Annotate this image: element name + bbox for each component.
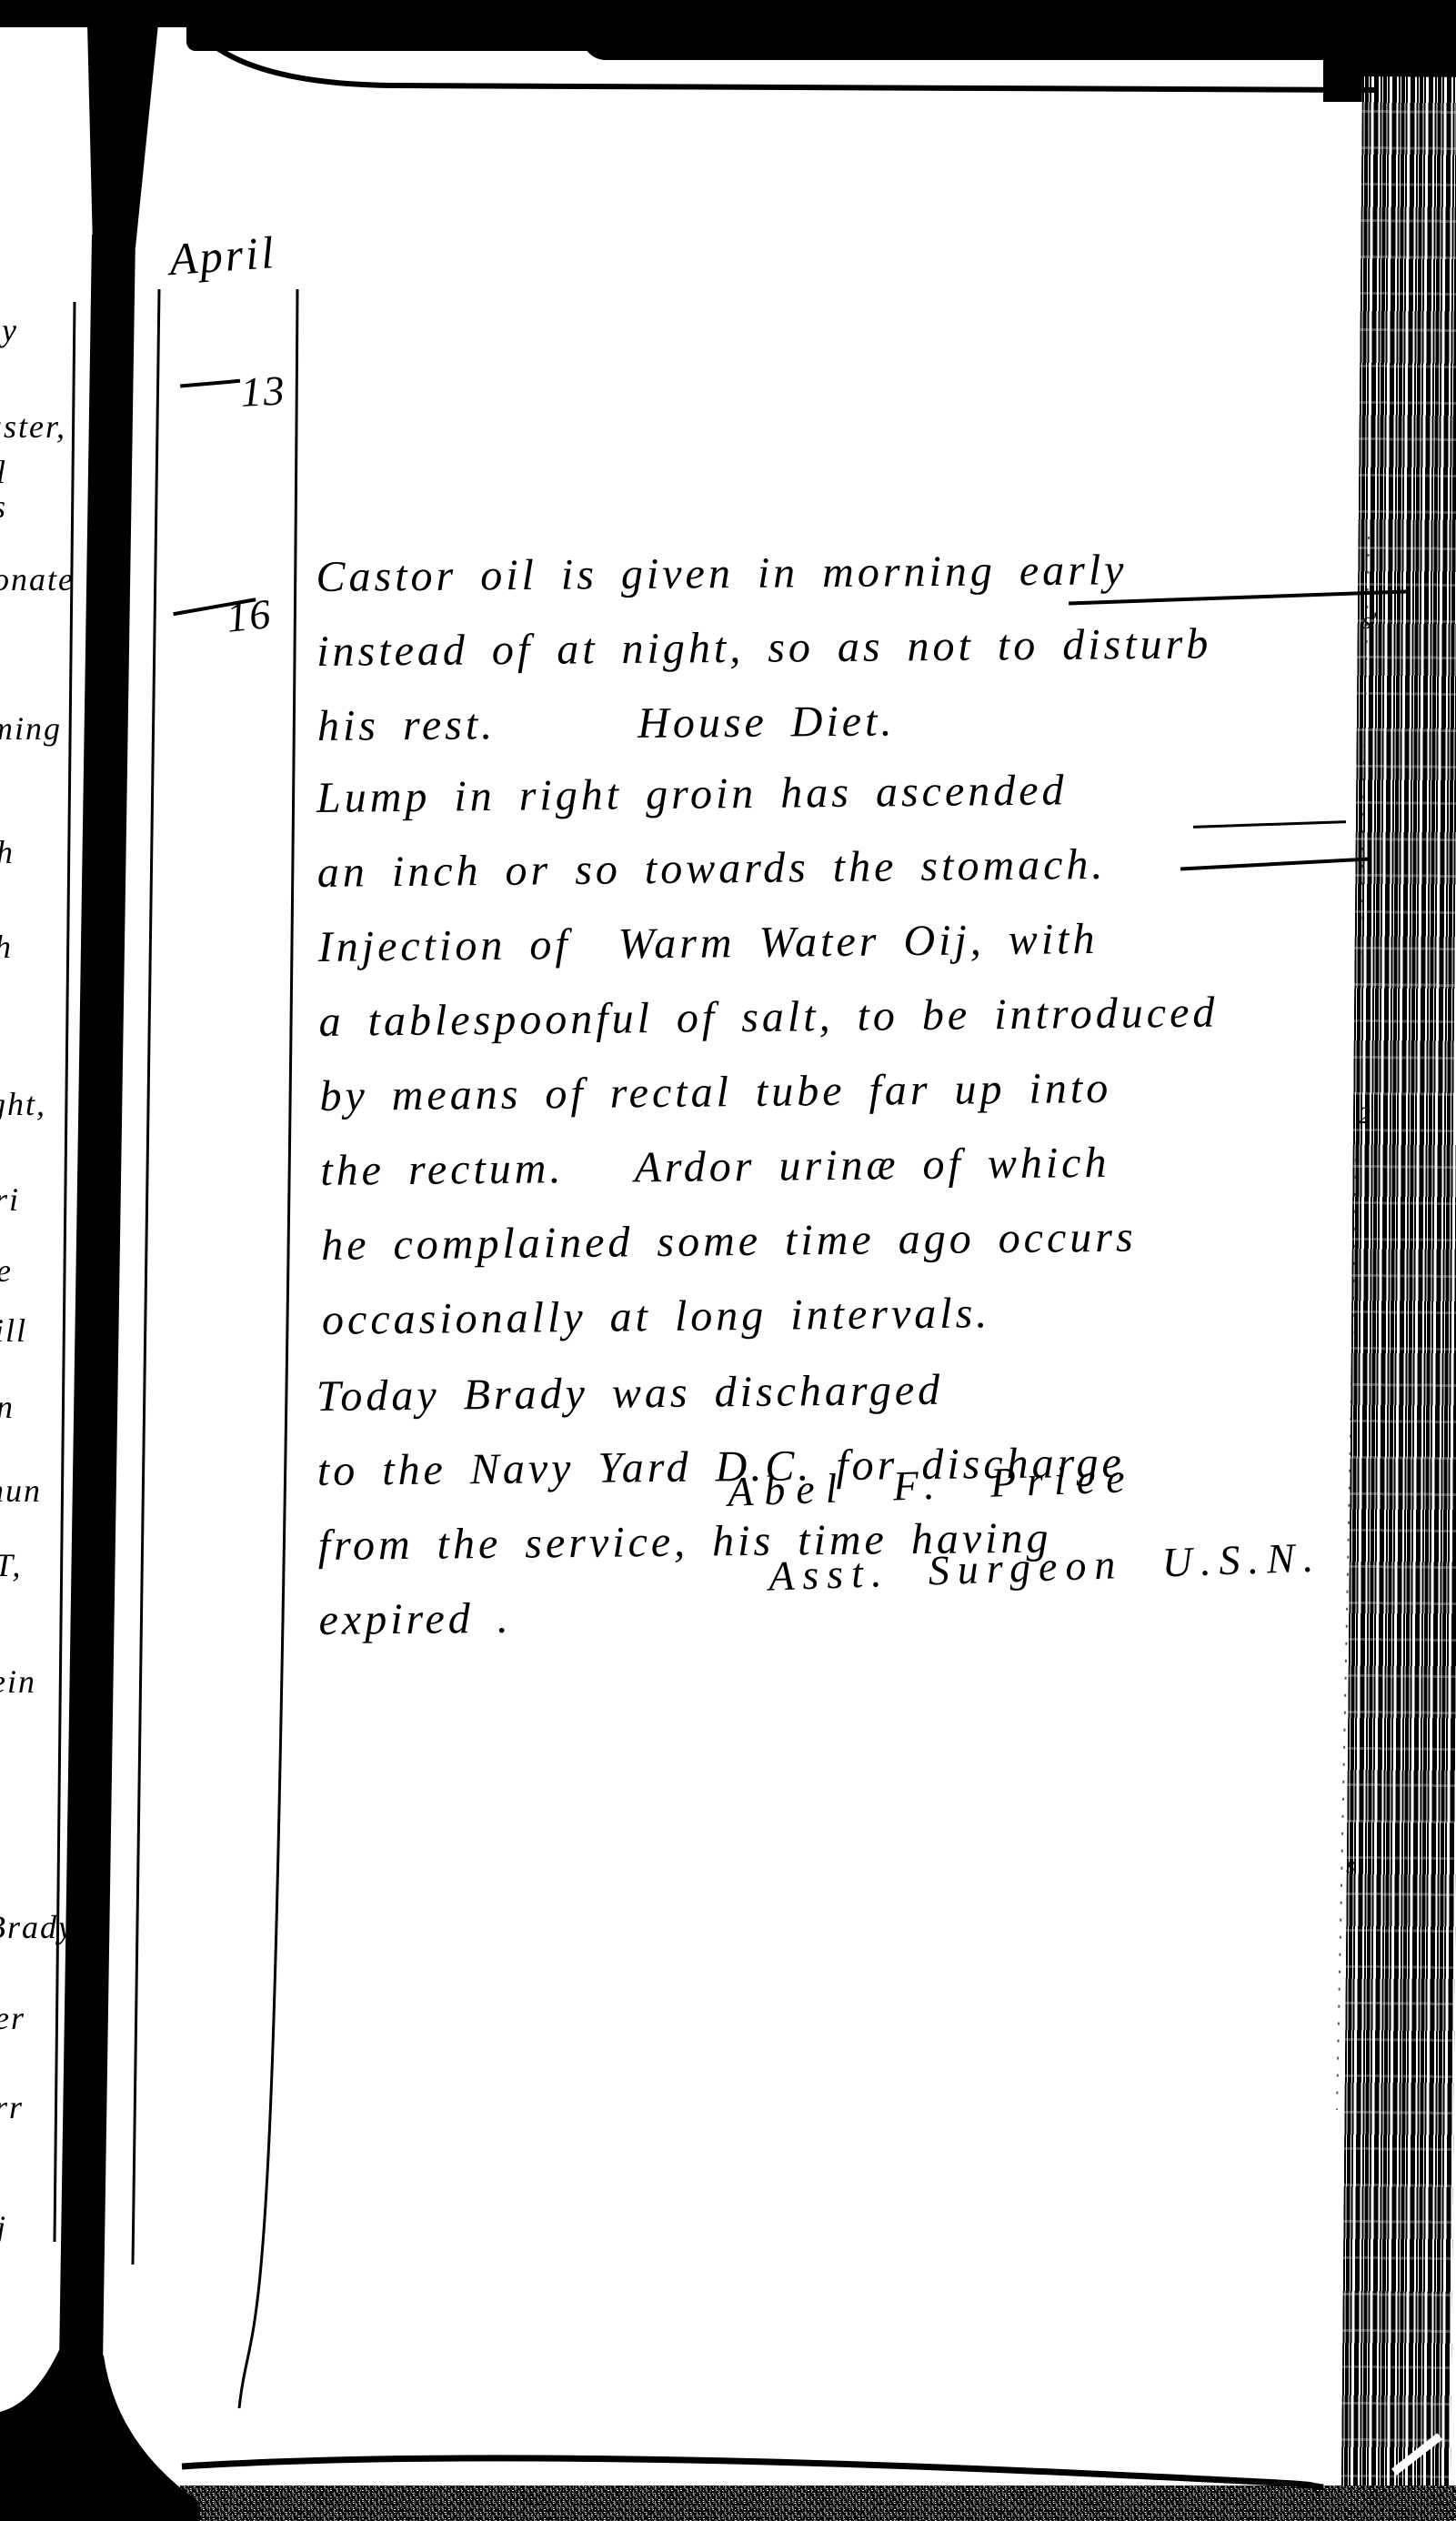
handwritten-line: a tablespoonful of salt, to be introduce…: [318, 973, 1438, 1060]
bottom-left-corner-shadow: [0, 2348, 200, 2521]
stray-ink-mark: 2: [1359, 1102, 1371, 1130]
left-page-text-fragment: Brady: [0, 1908, 75, 1946]
left-page-text-fragment: ein: [0, 1662, 36, 1701]
handwritten-line: by means of rectal tube far up into: [319, 1048, 1439, 1134]
left-page-text-fragment: l: [0, 453, 7, 491]
handwritten-line: an inch or so towards the stomach.: [316, 824, 1436, 910]
day-number-16: 16: [170, 541, 285, 743]
day-16-label: 16: [225, 590, 275, 641]
left-page-text-fragment: ly: [0, 311, 18, 349]
page-top-edge-line: [205, 38, 1375, 90]
day-13-label: 13: [239, 367, 287, 416]
month-heading: April: [167, 226, 278, 286]
bottom-page-edge-curve: [182, 2458, 1323, 2487]
left-page-text-fragment: T,: [0, 1546, 22, 1584]
left-page-text-fragment: ght,: [0, 1085, 46, 1123]
left-page-text-fragment: ming: [0, 709, 62, 748]
left-page-text-fragment: ri: [0, 1180, 20, 1219]
left-page-text-fragment: j: [0, 2208, 7, 2246]
stray-ink-mark: s': [1362, 608, 1377, 635]
binding-gutter-band: [59, 235, 136, 2365]
day-number-13: 13: [188, 317, 293, 515]
left-page-text-fragment: ill: [0, 1311, 27, 1350]
stray-ink-mark: s: [1346, 1852, 1355, 1879]
left-page-text-fragment: h: [0, 833, 15, 871]
left-page-text-fragment: onate: [0, 560, 75, 598]
left-page-text-fragment: rr: [0, 2088, 24, 2126]
left-page-text-fragment: er: [0, 1999, 25, 2037]
date-column-left-rule: [133, 289, 159, 2265]
left-page-text-fragment: e: [0, 1251, 13, 1290]
left-page-text-fragment: h: [0, 928, 13, 966]
handwritten-line: Injection of Warm Water Oij, with: [317, 899, 1437, 985]
left-page-text-fragment: s: [0, 487, 7, 526]
handwritten-line: Today Brady was discharged: [316, 1348, 1436, 1434]
left-page-text-fragment: hun: [0, 1471, 42, 1510]
left-page-text-fragment: aster,: [0, 407, 66, 446]
left-page-text-fragment: n: [0, 1388, 15, 1426]
scanned-logbook-page: April 13 16 Castor oil is given in morni…: [0, 0, 1456, 2521]
binding-gutter-funnel: [87, 24, 158, 247]
